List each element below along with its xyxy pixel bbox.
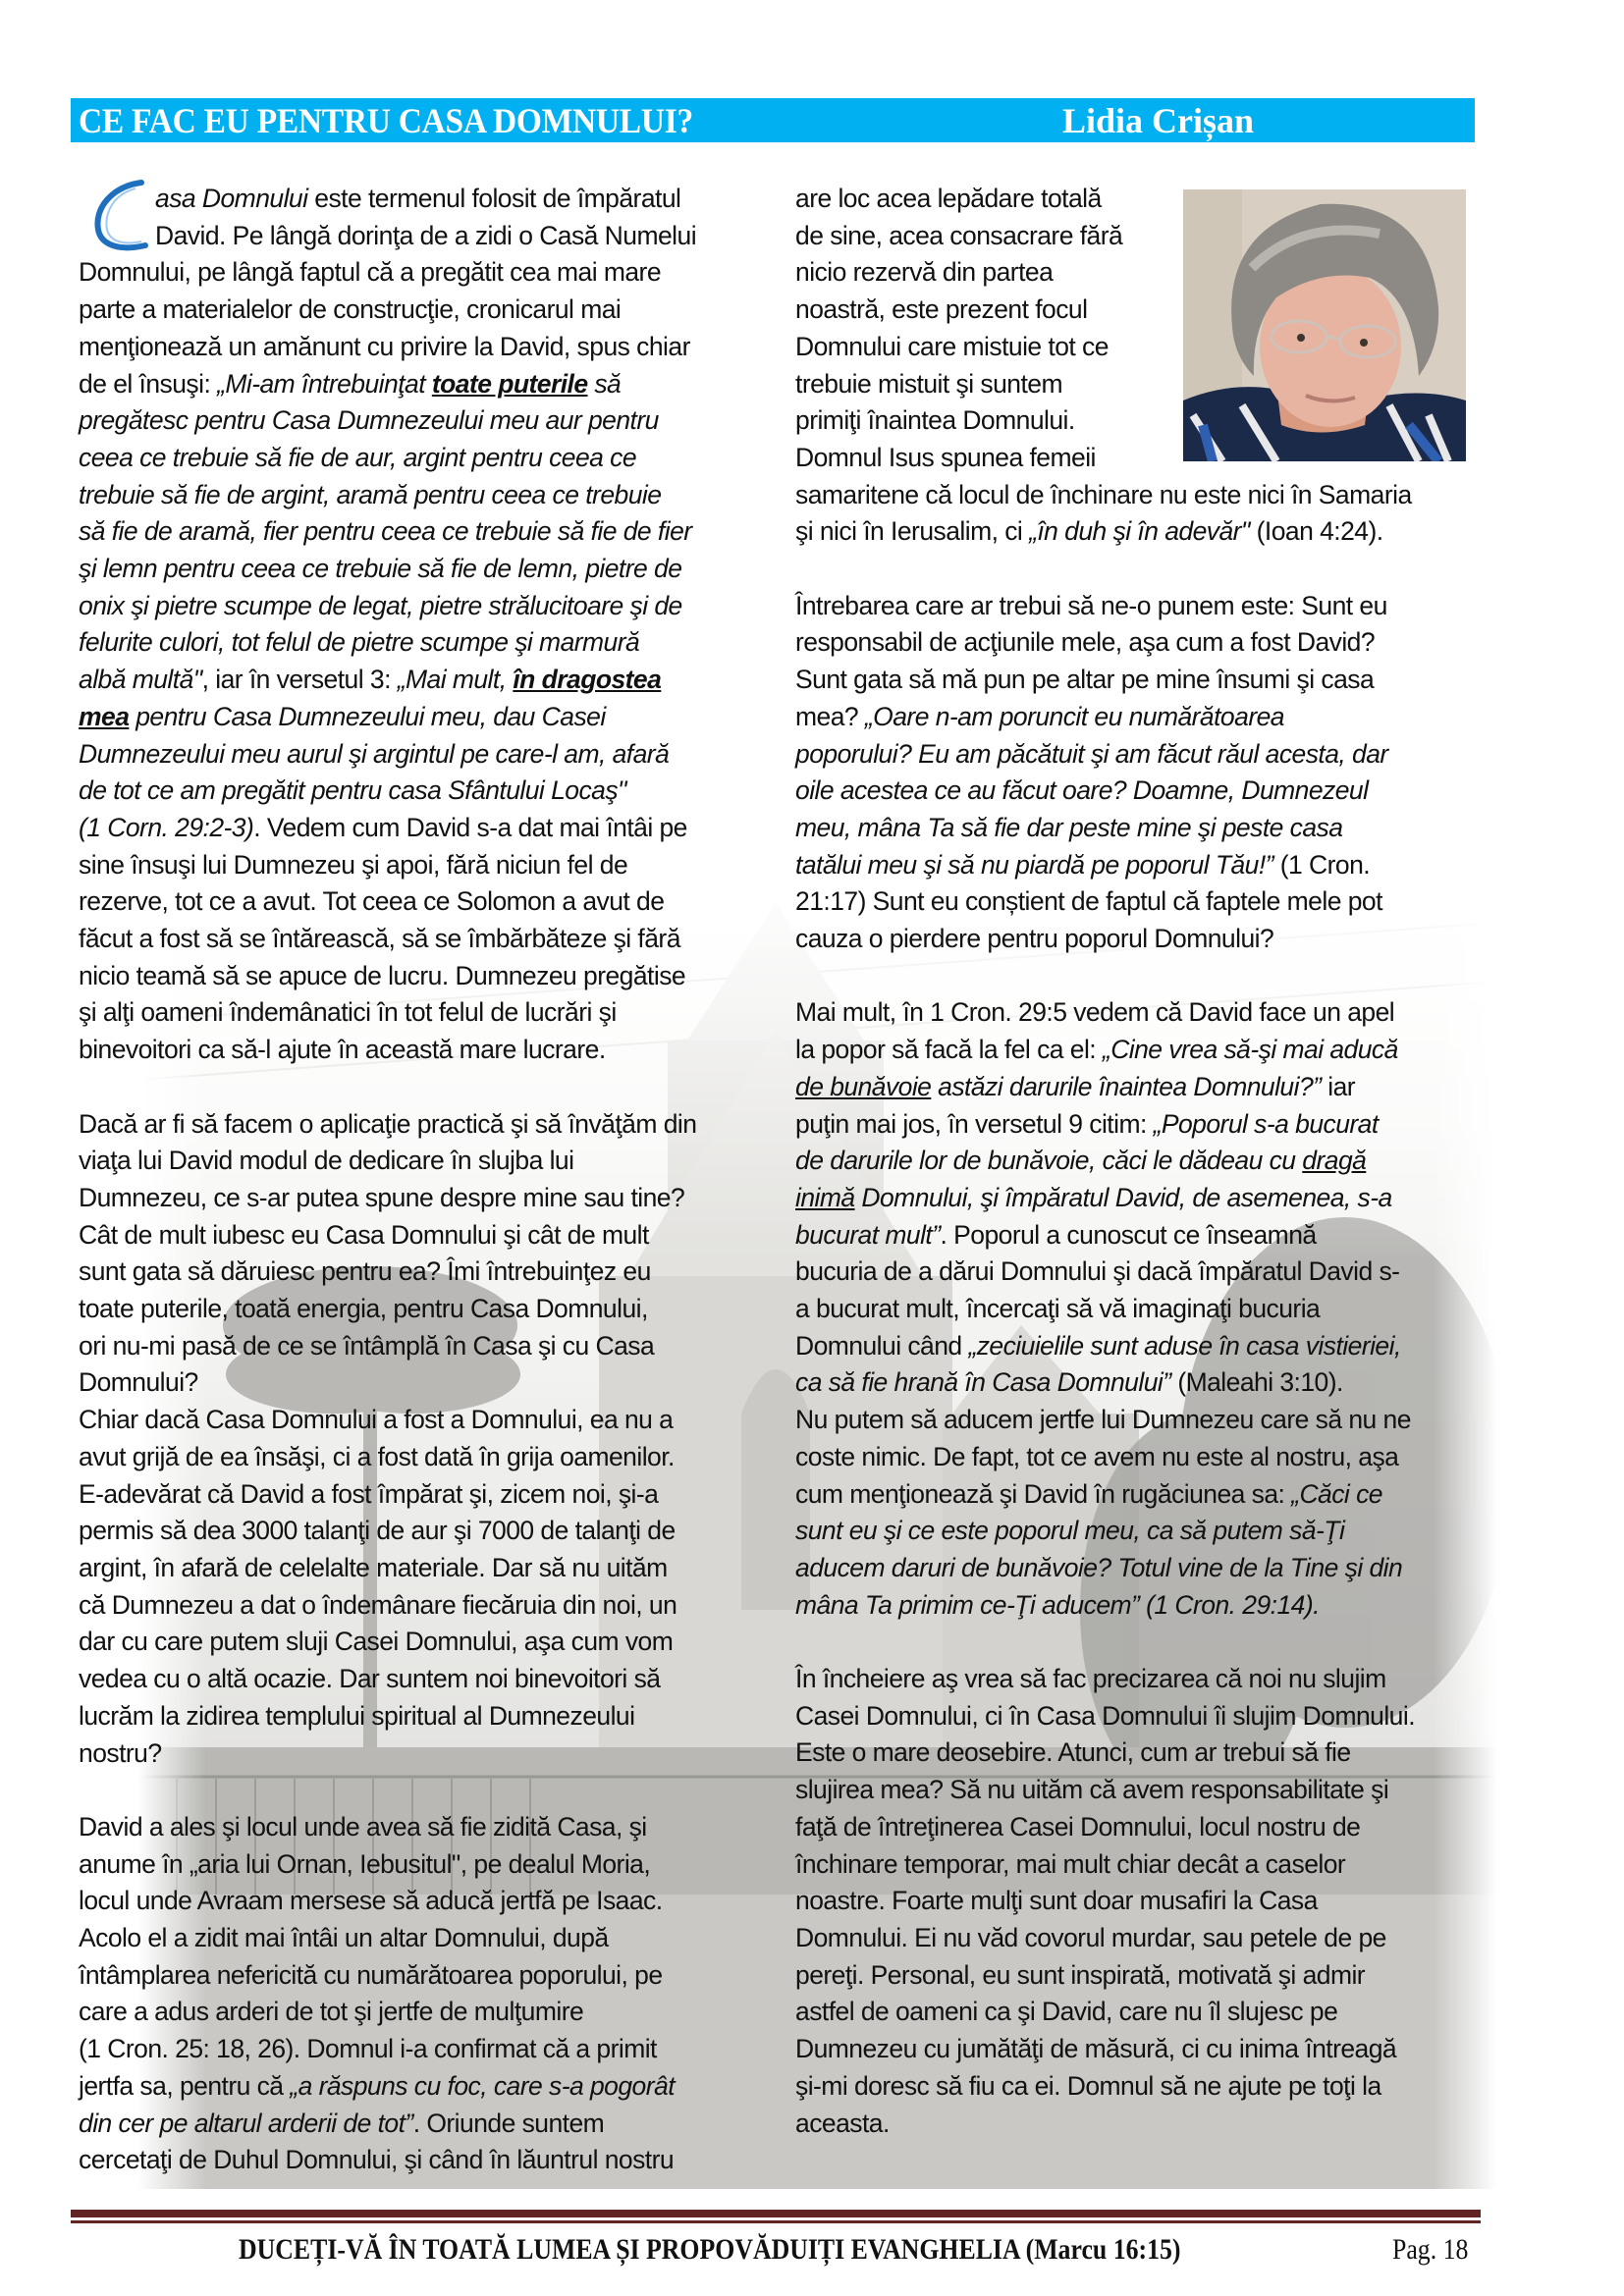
quote-text: „Poporul s-a bucurat xyxy=(1154,1109,1379,1139)
text-line: dar cu care putem sluji Casei Domnului, … xyxy=(79,1624,756,1661)
text-line: responsabil de acţiunile mele, aşa cum a… xyxy=(795,624,1483,662)
quote-line: Dumnezeului meu aurul şi argintul pe car… xyxy=(79,736,756,774)
text-line: samaritene că locul de închinare nu este… xyxy=(795,477,1483,514)
reference-text: (1 Cron. 29:14). xyxy=(1139,1590,1320,1620)
reference-text: (Ioan 4:24). xyxy=(1250,516,1383,546)
text-line: noastre. Foarte mulţi sunt doar musafiri… xyxy=(795,1883,1483,1920)
text-line: David. Pe lângă dorinţa de a zidi o Casă… xyxy=(79,218,756,255)
text-line: parte a materialelor de construcţie, cro… xyxy=(79,292,756,329)
text-line: binevoitori ca să-l ajute în această mar… xyxy=(79,1032,756,1069)
text-line: Domnului, pe lângă faptul că a pregătit … xyxy=(79,254,756,292)
text-line: şi alţi oameni îndemânatici în tot felul… xyxy=(79,994,756,1032)
quote-text: pentru Casa Dumnezeului meu, dau Casei xyxy=(129,702,605,731)
right-column: are loc acea lepădare totală de sine, ac… xyxy=(795,181,1483,2142)
text-line: Întrebarea care ar trebui să ne-o punem … xyxy=(795,588,1483,625)
emphasis-text: în dragostea xyxy=(513,665,661,694)
text-line: Cât de mult iubesc eu Casa Domnului şi c… xyxy=(79,1217,756,1255)
text-line: lucrăm la zidirea templului spiritual al… xyxy=(79,1698,756,1735)
text: la popor să facă la fel ca el: xyxy=(795,1035,1103,1064)
quote-line: poporului? Eu am păcătuit şi am făcut ră… xyxy=(795,736,1483,774)
quote-text: „Cine vrea să-şi mai aducă xyxy=(1103,1035,1398,1064)
paragraph-gap xyxy=(79,1069,756,1106)
reference-text: (1 Corn. 29:2-3) xyxy=(79,813,253,842)
text-line: Dumnezeu cu jumătăţi de măsură, ci cu in… xyxy=(795,2031,1483,2068)
text-line: anume în „aria lui Ornan, Iebusitul", pe… xyxy=(79,1846,756,1884)
text: mea? xyxy=(795,702,865,731)
text: . Poporul a cunoscut ce înseamnă xyxy=(941,1220,1317,1250)
quote-text: ca să fie hrană în Casa Domnului” xyxy=(795,1367,1171,1397)
emphasis-text: mea xyxy=(79,702,129,731)
quote-line: de tot ce am pregătit pentru casa Sfântu… xyxy=(79,773,756,810)
text-line: rezerve, tot ce a avut. Tot ceea ce Solo… xyxy=(79,883,756,921)
quote-text: „Căci ce xyxy=(1291,1479,1382,1509)
quote-line: ceea ce trebuie să fie de aur, argint pe… xyxy=(79,440,756,477)
text-line: Nu putem să aducem jertfe lui Dumnezeu c… xyxy=(795,1402,1483,1439)
quote-line: să fie de aramă, fier pentru ceea ce tre… xyxy=(79,513,756,551)
text: . Oriunde suntem xyxy=(413,2109,604,2138)
text: este termenul folosit de împăratul xyxy=(307,184,680,213)
quote-line: felurite culori, tot felul de pietre scu… xyxy=(79,624,756,662)
text: Domnului când xyxy=(795,1331,968,1361)
article-author: Lidia Crișan xyxy=(1062,100,1254,141)
paragraph-4: În încheiere aş vrea să fac precizarea c… xyxy=(795,1661,1483,2142)
text-line: locul unde Avraam mersese să aducă jertf… xyxy=(79,1883,756,1920)
text: . Vedem cum David s-a dat mai întâi pe xyxy=(253,813,687,842)
quote-line: pregătesc pentru Casa Dumnezeului meu au… xyxy=(79,402,756,440)
text: şi nici în Ierusalim, ci xyxy=(795,516,1029,546)
text-line: Dacă ar fi să facem o aplicaţie practică… xyxy=(79,1106,756,1144)
text-line: Casei Domnului, ci în Casa Domnului îi s… xyxy=(795,1698,1483,1735)
reference-text: (Maleahi 3:10). xyxy=(1171,1367,1343,1397)
quote-line: trebuie să fie de argint, aramă pentru c… xyxy=(79,477,756,514)
text-line: Domnului. Ei nu văd covorul murdar, sau … xyxy=(795,1920,1483,1957)
text-line: Sunt gata să mă pun pe altar pe mine îns… xyxy=(795,662,1483,699)
text-line: nostru? xyxy=(79,1735,756,1773)
quote-line: meu, mâna Ta să fie dar peste mine şi pe… xyxy=(795,810,1483,847)
quote-text: „zeciuielile sunt aduse în casa vistieri… xyxy=(968,1331,1400,1361)
quote-text: „în duh şi în adevăr" xyxy=(1029,516,1250,546)
quote-line: aducem daruri de bunăvoie? Totul vine de… xyxy=(795,1550,1483,1587)
text-line: viaţa lui David modul de dedicare în slu… xyxy=(79,1143,756,1180)
quote-text: Domnului, şi împăratul David, de asemene… xyxy=(855,1183,1392,1212)
quote-text: tatălui meu şi să nu piardă pe poporul T… xyxy=(795,850,1273,880)
page-number: Pag. 18 xyxy=(1392,2230,1468,2269)
author-portrait-image xyxy=(1183,189,1466,461)
paragraph-2: Dacă ar fi să facem o aplicaţie practică… xyxy=(79,1106,756,1773)
quote-text: din cer pe altarul arderii de tot” xyxy=(79,2109,413,2138)
underlined-quote-text: dragă xyxy=(1302,1146,1366,1175)
text-line: Mai mult, în 1 Cron. 29:5 vedem că David… xyxy=(795,994,1483,1032)
quote-text: „a răspuns cu foc, care s-a pogorât xyxy=(290,2071,675,2101)
paragraph-3: Mai mult, în 1 Cron. 29:5 vedem că David… xyxy=(795,994,1483,1624)
quote-line: onix şi pietre scumpe de legat, pietre s… xyxy=(79,588,756,625)
underlined-quote-text: inimă xyxy=(795,1183,855,1212)
text-line: faţă de întreţinerea Casei Domnului, loc… xyxy=(795,1809,1483,1846)
text-line: coste nimic. De fapt, tot ce avem nu est… xyxy=(795,1439,1483,1476)
text-line: argint, în afară de celelalte materiale.… xyxy=(79,1550,756,1587)
quote-line: şi lemn pentru ceea ce trebuie să fie de… xyxy=(79,551,756,588)
text-line: sine însuşi lui Dumnezeu şi apoi, fără n… xyxy=(79,847,756,884)
text-line: nicio teamă să se apuce de lucru. Dumnez… xyxy=(79,958,756,995)
text-line: E-adevărat că David a fost împărat şi, z… xyxy=(79,1476,756,1514)
text-line: slujirea mea? Să nu uităm că avem respon… xyxy=(795,1772,1483,1809)
quote-text: să xyxy=(588,369,622,399)
footer-motto: DUCEȚI-VĂ ÎN TOATĂ LUMEA ȘI PROPOVĂDUIȚI… xyxy=(239,2230,1180,2269)
text-line: David a ales şi locul unde avea să fie z… xyxy=(79,1809,756,1846)
text: de el însuşi: xyxy=(79,369,217,399)
text-line: că Dumnezeu a dat o îndemânare fiecăruia… xyxy=(79,1587,756,1625)
article-title: CE FAC EU PENTRU CASA DOMNULUI? xyxy=(79,100,693,141)
dropcap-c-icon xyxy=(90,179,151,253)
text-line: menţionează un amănunt cu privire la Dav… xyxy=(79,329,756,366)
paragraph-1: asa Domnului este termenul folosit de îm… xyxy=(79,181,756,1069)
paragraph-gap xyxy=(795,551,1483,588)
text-line: pereţi. Personal, eu sunt inspirată, mot… xyxy=(795,1957,1483,1995)
text: iar xyxy=(1321,1072,1355,1101)
text: , iar în versetul 3: xyxy=(202,665,398,694)
text-line: toate puterile, toată energia, pentru Ca… xyxy=(79,1291,756,1328)
paragraph-gap xyxy=(79,1772,756,1809)
text-line: aceasta. xyxy=(795,2106,1483,2143)
text-line: astfel de oameni ca şi David, care nu îl… xyxy=(795,1994,1483,2031)
text-line: bucuria de a dărui Domnului şi dacă împă… xyxy=(795,1254,1483,1291)
text-line: sunt gata să dăruiesc pentru ea? Îmi înt… xyxy=(79,1254,756,1291)
text-line: avut grijă de ea însăşi, ci a fost dată … xyxy=(79,1439,756,1476)
quote-line: oile acestea ce au făcut oare? Doamne, D… xyxy=(795,773,1483,810)
footer-rule xyxy=(71,2210,1481,2217)
text-line: vedea cu o altă ocazie. Dar suntem noi b… xyxy=(79,1661,756,1698)
paragraph-2: Întrebarea care ar trebui să ne-o punem … xyxy=(795,588,1483,958)
text-line: şi-mi doresc să fiu ca ei. Domnul să ne … xyxy=(795,2068,1483,2106)
quote-line: sunt eu şi ce este poporul meu, ca să pu… xyxy=(795,1513,1483,1550)
text-line: Dumnezeu, ce s-ar putea spune despre min… xyxy=(79,1180,756,1217)
quote-text: albă multă" xyxy=(79,665,202,694)
article-header-bar: CE FAC EU PENTRU CASA DOMNULUI? Lidia Cr… xyxy=(71,98,1475,142)
text-line: cauza o pierdere pentru poporul Domnului… xyxy=(795,921,1483,958)
text-italic: asa Domnului xyxy=(155,184,307,213)
quote-text: „Oare n-am poruncit eu numărătoarea xyxy=(865,702,1284,731)
footer-rule-thin xyxy=(71,2220,1481,2223)
text-line: întâmplarea nefericită cu numărătoarea p… xyxy=(79,1957,756,1995)
quote-text: astăzi darurile înaintea Domnului?” xyxy=(931,1072,1321,1101)
text-line: Este o mare deosebire. Atunci, cum ar tr… xyxy=(795,1735,1483,1772)
left-column: asa Domnului este termenul folosit de îm… xyxy=(79,181,756,2179)
reference-text: (1 Cron. xyxy=(1273,850,1370,880)
text-line: (1 Cron. 25: 18, 26). Domnul i-a confirm… xyxy=(79,2031,756,2068)
text-line: Chiar dacă Casa Domnului a fost a Domnul… xyxy=(79,1402,756,1439)
paragraph-gap xyxy=(795,958,1483,995)
quote-text: mâna Ta primim ce-Ţi aducem” xyxy=(795,1590,1139,1620)
text-line: cercetaţi de Duhul Domnului, şi când în … xyxy=(79,2142,756,2179)
text-line: ori nu-mi pasă de ce se întâmplă în Casa… xyxy=(79,1328,756,1365)
text-line: făcut a fost să se întărească, să se îmb… xyxy=(79,921,756,958)
text: cum menţionează şi David în rugăciunea s… xyxy=(795,1479,1291,1509)
text-line: Domnului? xyxy=(79,1364,756,1402)
paragraph-3: David a ales şi locul unde avea să fie z… xyxy=(79,1809,756,2179)
text-line: permis să dea 3000 talanţi de aur şi 700… xyxy=(79,1513,756,1550)
text: puţin mai jos, în versetul 9 citim: xyxy=(795,1109,1154,1139)
emphasis-text: toate puterile xyxy=(432,369,588,399)
text-line: închinare temporar, mai mult chiar decât… xyxy=(795,1846,1483,1884)
quote-text: de darurile lor de bunăvoie, căci le dăd… xyxy=(795,1146,1302,1175)
paragraph-gap xyxy=(795,1624,1483,1661)
quote-text: „Mai mult, xyxy=(398,665,514,694)
text-line: 21:17) Sunt eu conștient de faptul că fa… xyxy=(795,883,1483,921)
text: jertfa sa, pentru că xyxy=(79,2071,290,2101)
text-line: În încheiere aş vrea să fac precizarea c… xyxy=(795,1661,1483,1698)
quote-text: „Mi-am întrebuinţat xyxy=(217,369,432,399)
underlined-quote-text: de bunăvoie xyxy=(795,1072,931,1101)
quote-text: bucurat mult” xyxy=(795,1220,941,1250)
text-line: Acolo el a zidit mai întâi un altar Domn… xyxy=(79,1920,756,1957)
text-line: a bucurat mult, încercaţi să vă imaginaţ… xyxy=(795,1291,1483,1328)
text-line: care a adus arderi de tot şi jertfe de m… xyxy=(79,1994,756,2031)
